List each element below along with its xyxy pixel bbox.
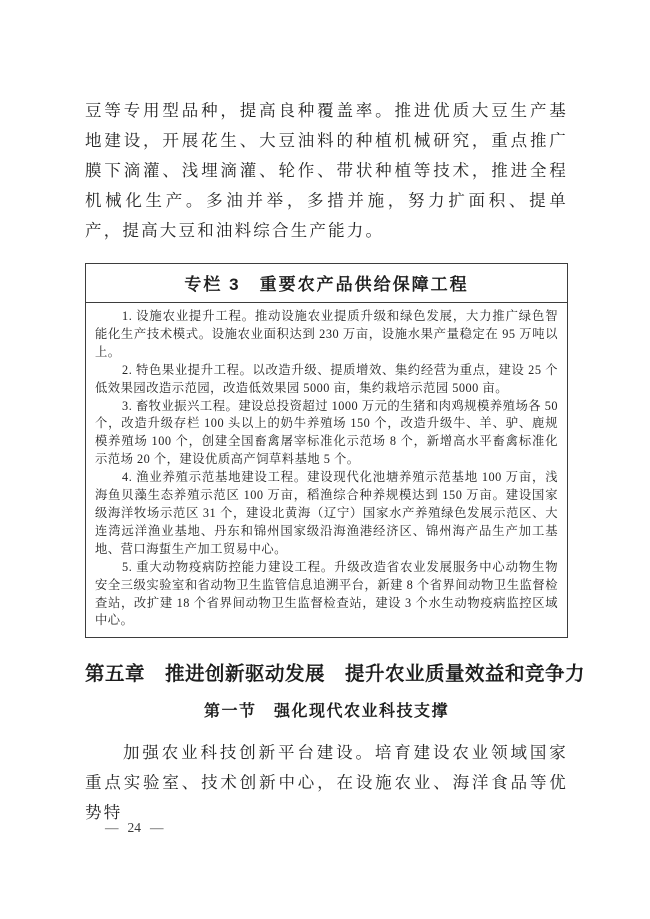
bottom-paragraph: 加强农业科技创新平台建设。培育建设农业领域国家重点实验室、技术创新中心，在设施农… bbox=[85, 738, 568, 828]
column-box-3: 专栏 3 重要农产品供给保障工程 1. 设施农业提升工程。推动设施农业提质升级和… bbox=[85, 263, 568, 638]
document-page: 豆等专用型品种，提高良种覆盖率。推进优质大豆生产基地建设，开展花生、大豆油料的种… bbox=[0, 0, 650, 919]
chapter-heading: 第五章 推进创新驱动发展 提升农业质量效益和竞争力 bbox=[85, 658, 568, 686]
box-item-2: 2. 特色果业提升工程。以改造升级、提质增效、集约经营为重点，建设 25 个低效… bbox=[95, 362, 558, 398]
page-number: 24 bbox=[128, 820, 142, 835]
page-content: 豆等专用型品种，提高良种覆盖率。推进优质大豆生产基地建设，开展花生、大豆油料的种… bbox=[85, 96, 568, 828]
page-footer: —24— bbox=[96, 820, 173, 836]
footer-dash-right: — bbox=[150, 820, 164, 836]
box-item-5: 5. 重大动物疫病防控能力建设工程。升级改造省农业发展服务中心动物生物安全三级实… bbox=[95, 559, 558, 631]
top-paragraph: 豆等专用型品种，提高良种覆盖率。推进优质大豆生产基地建设，开展花生、大豆油料的种… bbox=[85, 96, 568, 246]
column-box-title: 专栏 3 重要农产品供给保障工程 bbox=[86, 264, 567, 303]
column-box-body: 1. 设施农业提升工程。推动设施农业提质升级和绿色发展，大力推广绿色智能化生产技… bbox=[86, 303, 567, 637]
box-item-4: 4. 渔业养殖示范基地建设工程。建设现代化池塘养殖示范基地 100 万亩，浅海鱼… bbox=[95, 469, 558, 559]
footer-dash-left: — bbox=[105, 820, 119, 836]
box-item-3: 3. 畜牧业振兴工程。建设总投资超过 1000 万元的生猪和肉鸡规模养殖场各 5… bbox=[95, 398, 558, 470]
box-item-1: 1. 设施农业提升工程。推动设施农业提质升级和绿色发展，大力推广绿色智能化生产技… bbox=[95, 308, 558, 362]
section-heading: 第一节 强化现代农业科技支撑 bbox=[85, 698, 568, 721]
